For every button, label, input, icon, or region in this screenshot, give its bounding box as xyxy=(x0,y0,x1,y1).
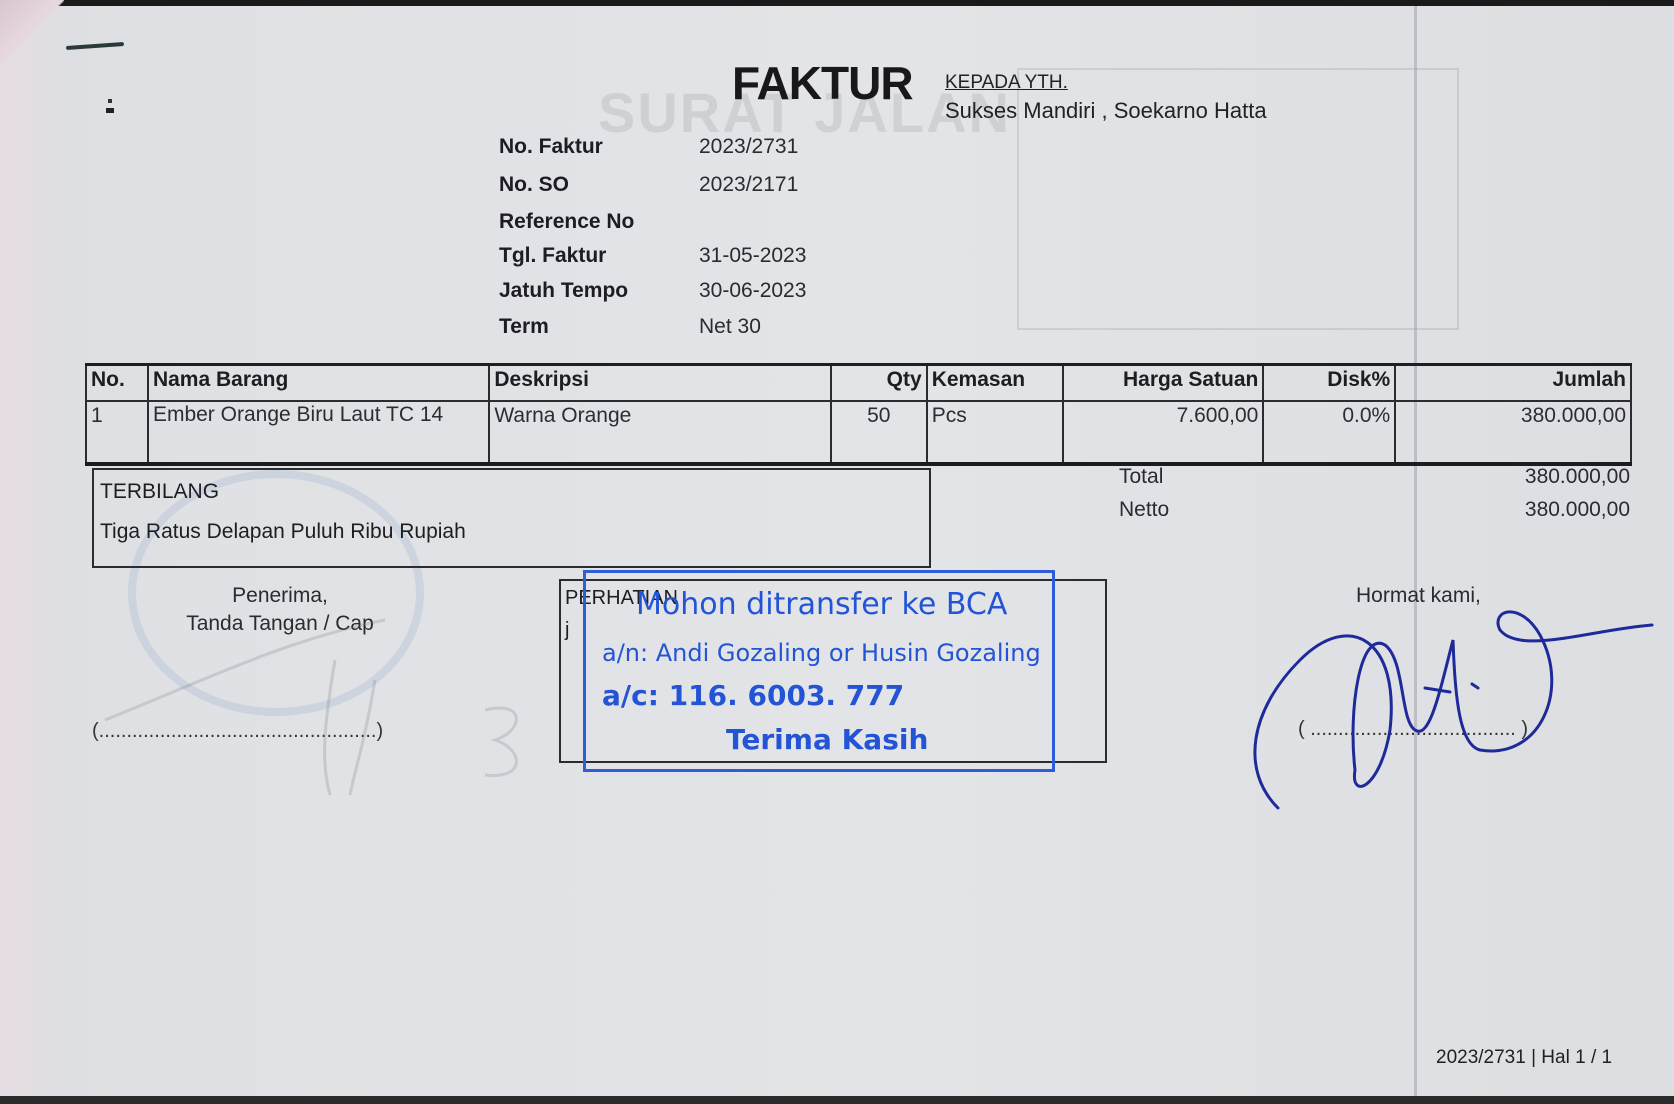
bank-transfer-stamp: Mohon ditransfer ke BCA a/n: Andi Gozali… xyxy=(583,570,1055,772)
perhatian-note: j xyxy=(565,619,569,642)
table-header-row: No. Nama Barang Deskripsi Qty Kemasan Ha… xyxy=(86,365,1631,402)
cell-nama-barang: Ember Orange Biru Laut TC 14 xyxy=(148,401,489,464)
ink-dot xyxy=(108,99,112,103)
stamp-line-thanks: Terima Kasih xyxy=(726,723,928,756)
netto-label: Netto xyxy=(1119,498,1169,522)
terbilang-label: TERBILANG xyxy=(100,480,219,504)
header-disk: Disk% xyxy=(1263,365,1395,402)
stamp-line-transfer: Mohon ditransfer ke BCA xyxy=(636,587,1007,622)
header-jumlah: Jumlah xyxy=(1395,365,1631,402)
info-label-no-faktur: No. Faktur xyxy=(499,135,603,159)
invoice-paper: SURAT JALAN FAKTUR KEPADA YTH. Sukses Ma… xyxy=(0,0,1674,1104)
terbilang-text: Tiga Ratus Delapan Puluh Ribu Rupiah xyxy=(100,520,466,544)
info-label-reference-no: Reference No xyxy=(499,210,634,234)
scan-edge-top xyxy=(0,0,1674,6)
recipient-name: Sukses Mandiri , Soekarno Hatta xyxy=(945,98,1267,124)
header-kemasan: Kemasan xyxy=(927,365,1063,402)
cell-jumlah: 380.000,00 xyxy=(1395,401,1631,464)
header-harga-satuan: Harga Satuan xyxy=(1063,365,1264,402)
info-value-jatuh-tempo: 30-06-2023 xyxy=(699,279,806,303)
handwritten-signature xyxy=(1240,600,1670,810)
table-row: 1 Ember Orange Biru Laut TC 14 Warna Ora… xyxy=(86,401,1631,464)
info-value-tgl-faktur: 31-05-2023 xyxy=(699,244,806,268)
info-value-no-so: 2023/2171 xyxy=(699,173,798,197)
header-deskripsi: Deskripsi xyxy=(489,365,830,402)
document-title: FAKTUR xyxy=(732,56,913,110)
info-label-term: Term xyxy=(499,315,549,339)
scan-edge-bottom xyxy=(0,1096,1674,1104)
ink-dot xyxy=(106,108,114,113)
info-value-term: Net 30 xyxy=(699,315,761,339)
info-label-tgl-faktur: Tgl. Faktur xyxy=(499,244,606,268)
stamp-line-account-number: a/c: 116. 6003. 777 xyxy=(602,679,904,712)
stamp-line-account-name: a/n: Andi Gozaling or Husin Gozaling xyxy=(602,639,1041,667)
items-table: No. Nama Barang Deskripsi Qty Kemasan Ha… xyxy=(85,363,1632,466)
header-nama-barang: Nama Barang xyxy=(148,365,489,402)
page-footer: 2023/2731 | Hal 1 / 1 xyxy=(1436,1047,1612,1069)
header-no: No. xyxy=(86,365,148,402)
header-qty: Qty xyxy=(831,365,927,402)
cell-disk: 0.0% xyxy=(1263,401,1395,464)
recipient-label: KEPADA YTH. xyxy=(945,72,1068,94)
info-label-no-so: No. SO xyxy=(499,173,569,197)
total-label: Total xyxy=(1119,465,1163,489)
cell-harga-satuan: 7.600,00 xyxy=(1063,401,1264,464)
cell-no: 1 xyxy=(86,401,148,464)
folded-corner xyxy=(0,0,64,68)
cell-deskripsi: Warna Orange xyxy=(489,401,830,464)
cell-qty: 50 xyxy=(831,401,927,464)
total-value: 380.000,00 xyxy=(1410,465,1630,489)
info-value-no-faktur: 2023/2731 xyxy=(699,135,798,159)
terbilang-box: TERBILANG Tiga Ratus Delapan Puluh Ribu … xyxy=(92,468,931,568)
fold-line xyxy=(1414,6,1417,1098)
faded-handwriting xyxy=(85,600,545,800)
cell-kemasan: Pcs xyxy=(927,401,1063,464)
pen-mark xyxy=(66,42,124,50)
netto-value: 380.000,00 xyxy=(1410,498,1630,522)
info-label-jatuh-tempo: Jatuh Tempo xyxy=(499,279,628,303)
